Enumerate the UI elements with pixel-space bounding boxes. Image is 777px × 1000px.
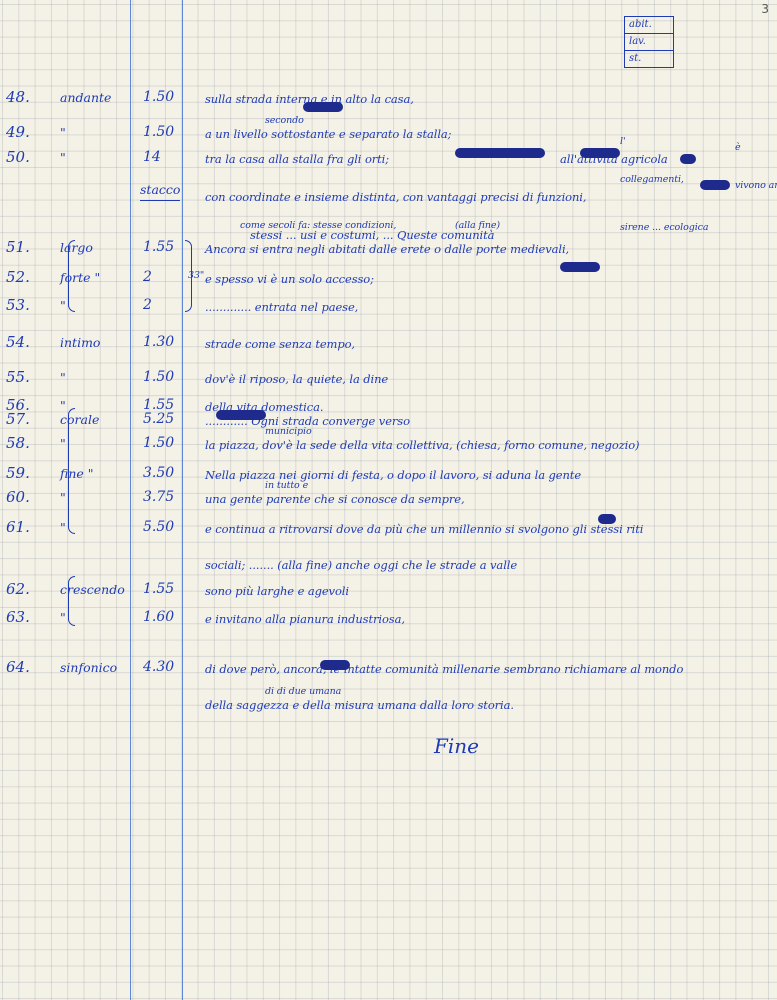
row-tempo: " xyxy=(60,398,66,413)
row-text: strade come senza tempo, xyxy=(205,337,355,351)
row-text: la piazza, dov'è la sede della vita coll… xyxy=(205,438,639,452)
row-number: 60. xyxy=(6,488,30,506)
row-number: 63. xyxy=(6,608,30,626)
row-number: 54. xyxy=(6,333,30,351)
row-text-insertion: di di due umana xyxy=(265,686,341,697)
ink-blot xyxy=(598,514,616,524)
row-duration: 1.60 xyxy=(143,609,174,625)
row-duration: 1.55 xyxy=(143,581,174,597)
row-duration: 5.25 xyxy=(143,411,174,427)
ink-blot xyxy=(303,102,343,112)
row-text-tail: sirene ... ecologica xyxy=(620,222,708,233)
row-tempo: sinfonico xyxy=(60,660,117,675)
row-number: 59. xyxy=(6,464,30,482)
row-text: Nella piazza nei giorni di festa, o dopo… xyxy=(205,468,581,482)
row-number: 50. xyxy=(6,148,30,166)
row-duration: 1.50 xyxy=(143,124,174,140)
row-number: 57. xyxy=(6,410,30,428)
corner-box-item: abit. xyxy=(625,17,673,34)
manuscript-page: 3 abit. lav. st. 48.andante1.50sulla str… xyxy=(0,0,777,1000)
row-number: 58. xyxy=(6,434,30,452)
row-number: 48. xyxy=(6,88,30,106)
row-duration: 1.50 xyxy=(143,435,174,451)
row-tempo: " xyxy=(60,370,66,385)
ink-blot xyxy=(320,660,350,670)
row-duration: 1.30 xyxy=(143,334,174,350)
row-number: 62. xyxy=(6,580,30,598)
row-text: e continua a ritrovarsi dove da più che … xyxy=(205,522,643,536)
row-text: sono più larghe e agevoli xyxy=(205,584,349,598)
row-text-insertion: in tutto e xyxy=(265,480,308,491)
grouping-brace xyxy=(68,408,75,534)
row-duration: 1.50 xyxy=(143,369,174,385)
page-number: 3 xyxy=(761,2,769,16)
row-duration: 3.50 xyxy=(143,465,174,481)
row-number: 51. xyxy=(6,238,30,256)
row-number: 64. xyxy=(6,658,30,676)
row-duration: 4.30 xyxy=(143,659,174,675)
margin-line-right xyxy=(182,0,183,1000)
row-tempo: " xyxy=(60,298,66,313)
row-duration: 2 xyxy=(143,297,152,313)
row-duration: 3.75 xyxy=(143,489,174,505)
row-tempo: fine " xyxy=(60,466,94,481)
ink-blot xyxy=(680,154,696,164)
row-tempo: " xyxy=(60,520,66,535)
row-text-insertion: collegamenti, xyxy=(620,174,684,185)
row-text: con coordinate e insieme distinta, con v… xyxy=(205,190,586,204)
row-duration: 5.50 xyxy=(143,519,174,535)
row-text: sociali; ....... (alla fine) anche oggi … xyxy=(205,558,517,572)
row-tempo: " xyxy=(60,610,66,625)
row-tempo: " xyxy=(60,436,66,451)
ink-blot xyxy=(580,148,620,158)
row-text: e invitano alla pianura industriosa, xyxy=(205,612,405,626)
grouping-brace xyxy=(68,240,75,312)
row-duration: 2 xyxy=(143,269,152,285)
row-number: 52. xyxy=(6,268,30,286)
row-text: di dove però, ancora, le intatte comunit… xyxy=(205,662,683,676)
corner-box-item: lav. xyxy=(625,34,673,51)
row-number: 55. xyxy=(6,368,30,386)
ink-blot xyxy=(560,262,600,272)
grouping-brace xyxy=(185,240,192,312)
row-text: ............. entrata nel paese, xyxy=(205,300,358,314)
row-tempo: " xyxy=(60,150,66,165)
closing-signature: Fine xyxy=(434,734,479,758)
grouping-brace xyxy=(68,576,75,626)
row-tempo: largo xyxy=(60,240,93,255)
row-text-insertion: è xyxy=(735,142,741,153)
row-tempo: intimo xyxy=(60,335,100,350)
row-text: dov'è il riposo, la quiete, la dine xyxy=(205,372,388,386)
ink-blot xyxy=(700,180,730,190)
row-text: tra la casa alla stalla fra gli orti; xyxy=(205,152,389,166)
row-text-insertion: secondo xyxy=(265,115,304,126)
row-text: una gente parente che si conosce da semp… xyxy=(205,492,465,506)
row-text-insertion: l' xyxy=(620,136,625,147)
section-underline xyxy=(140,200,180,201)
row-duration: 14 xyxy=(143,149,161,165)
corner-box-item: st. xyxy=(625,51,673,67)
row-text: a un livello sottostante e separato la s… xyxy=(205,127,451,141)
section-label: stacco xyxy=(140,182,180,197)
row-tempo: corale xyxy=(60,412,99,427)
row-text: Ancora si entra negli abitati dalle eret… xyxy=(205,242,569,256)
corner-box: abit. lav. st. xyxy=(624,16,674,68)
row-duration: 1.55 xyxy=(143,239,174,255)
margin-line-left xyxy=(130,0,131,1000)
ink-blot xyxy=(216,410,266,420)
row-tempo: " xyxy=(60,490,66,505)
ink-blot xyxy=(455,148,545,158)
row-number: 53. xyxy=(6,296,30,314)
row-duration: 1.50 xyxy=(143,89,174,105)
row-tempo: forte " xyxy=(60,270,100,285)
row-text: della saggezza e della misura umana dall… xyxy=(205,698,514,712)
row-text-insertion: vivono ancora xyxy=(735,180,777,191)
row-tempo: " xyxy=(60,125,66,140)
row-text: e spesso vi è un solo accesso; xyxy=(205,272,374,286)
row-number: 61. xyxy=(6,518,30,536)
row-tempo: andante xyxy=(60,90,111,105)
row-text-insertion: municipio xyxy=(265,426,312,437)
row-note: (alla fine) xyxy=(455,220,500,231)
row-number: 49. xyxy=(6,123,30,141)
